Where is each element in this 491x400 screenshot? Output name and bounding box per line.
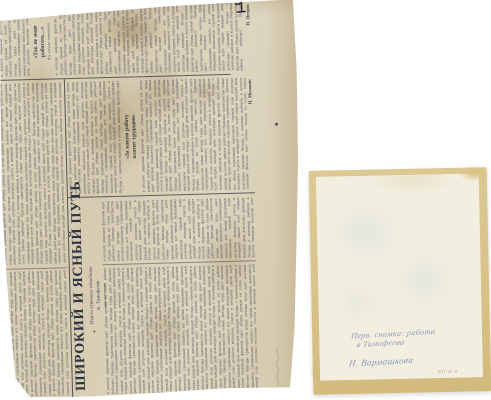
pen-mark-icon (233, 0, 248, 14)
photo-card-back: Перв. снимки: работа в Тимофеева Н. Варм… (309, 167, 491, 395)
newspaper-content: в колхозе широким фронтом идет уборка ур… (0, 0, 306, 399)
body-text-column: в колхозе широким фронтом идет уборка ур… (66, 77, 255, 194)
newspaper-page: в колхозе широким фронтом идет уборка ур… (0, 0, 306, 399)
body-text-column: в колхозе широким фронтом идет уборка ур… (0, 2, 252, 77)
body-text-block: в колхозе широким фронтом идет уборка ур… (66, 81, 124, 194)
quote-byline: (Из письма читателя) (46, 8, 53, 76)
body-text-column: в колхозе широким фронтом идет уборка ур… (0, 82, 66, 265)
inventory-stamp: КП-К-8 (438, 370, 458, 375)
body-text-block: в колхозе широким фронтом идет уборка ур… (53, 3, 245, 76)
article-column: в колхозе широким фронтом идет уборка ур… (101, 197, 255, 261)
scanned-photo-canvas: в колхозе широким фронтом идет уборка ур… (0, 0, 491, 400)
ink-speck (275, 123, 278, 126)
ink-speck (93, 330, 95, 332)
body-text-block: в колхозе широким фронтом идет уборка ур… (0, 8, 31, 77)
pencil-scribble-icon (270, 346, 285, 388)
quote-headline: «Так не надо работать…» (Из письма читат… (30, 7, 55, 76)
note-signature: Н. Вармашкова (348, 351, 490, 369)
card-face: Перв. снимки: работа в Тимофеева Н. Варм… (316, 173, 483, 380)
handwritten-note: Перв. снимки: работа в Тимофеева Н. Варм… (346, 325, 491, 370)
body-text-column: в колхозе широким фронтом идет уборка ур… (4, 270, 69, 397)
article-column: в колхозе широким фронтом идет уборка ур… (103, 264, 258, 394)
body-text-block: в колхозе широким фронтом идет уборка ур… (139, 77, 249, 192)
